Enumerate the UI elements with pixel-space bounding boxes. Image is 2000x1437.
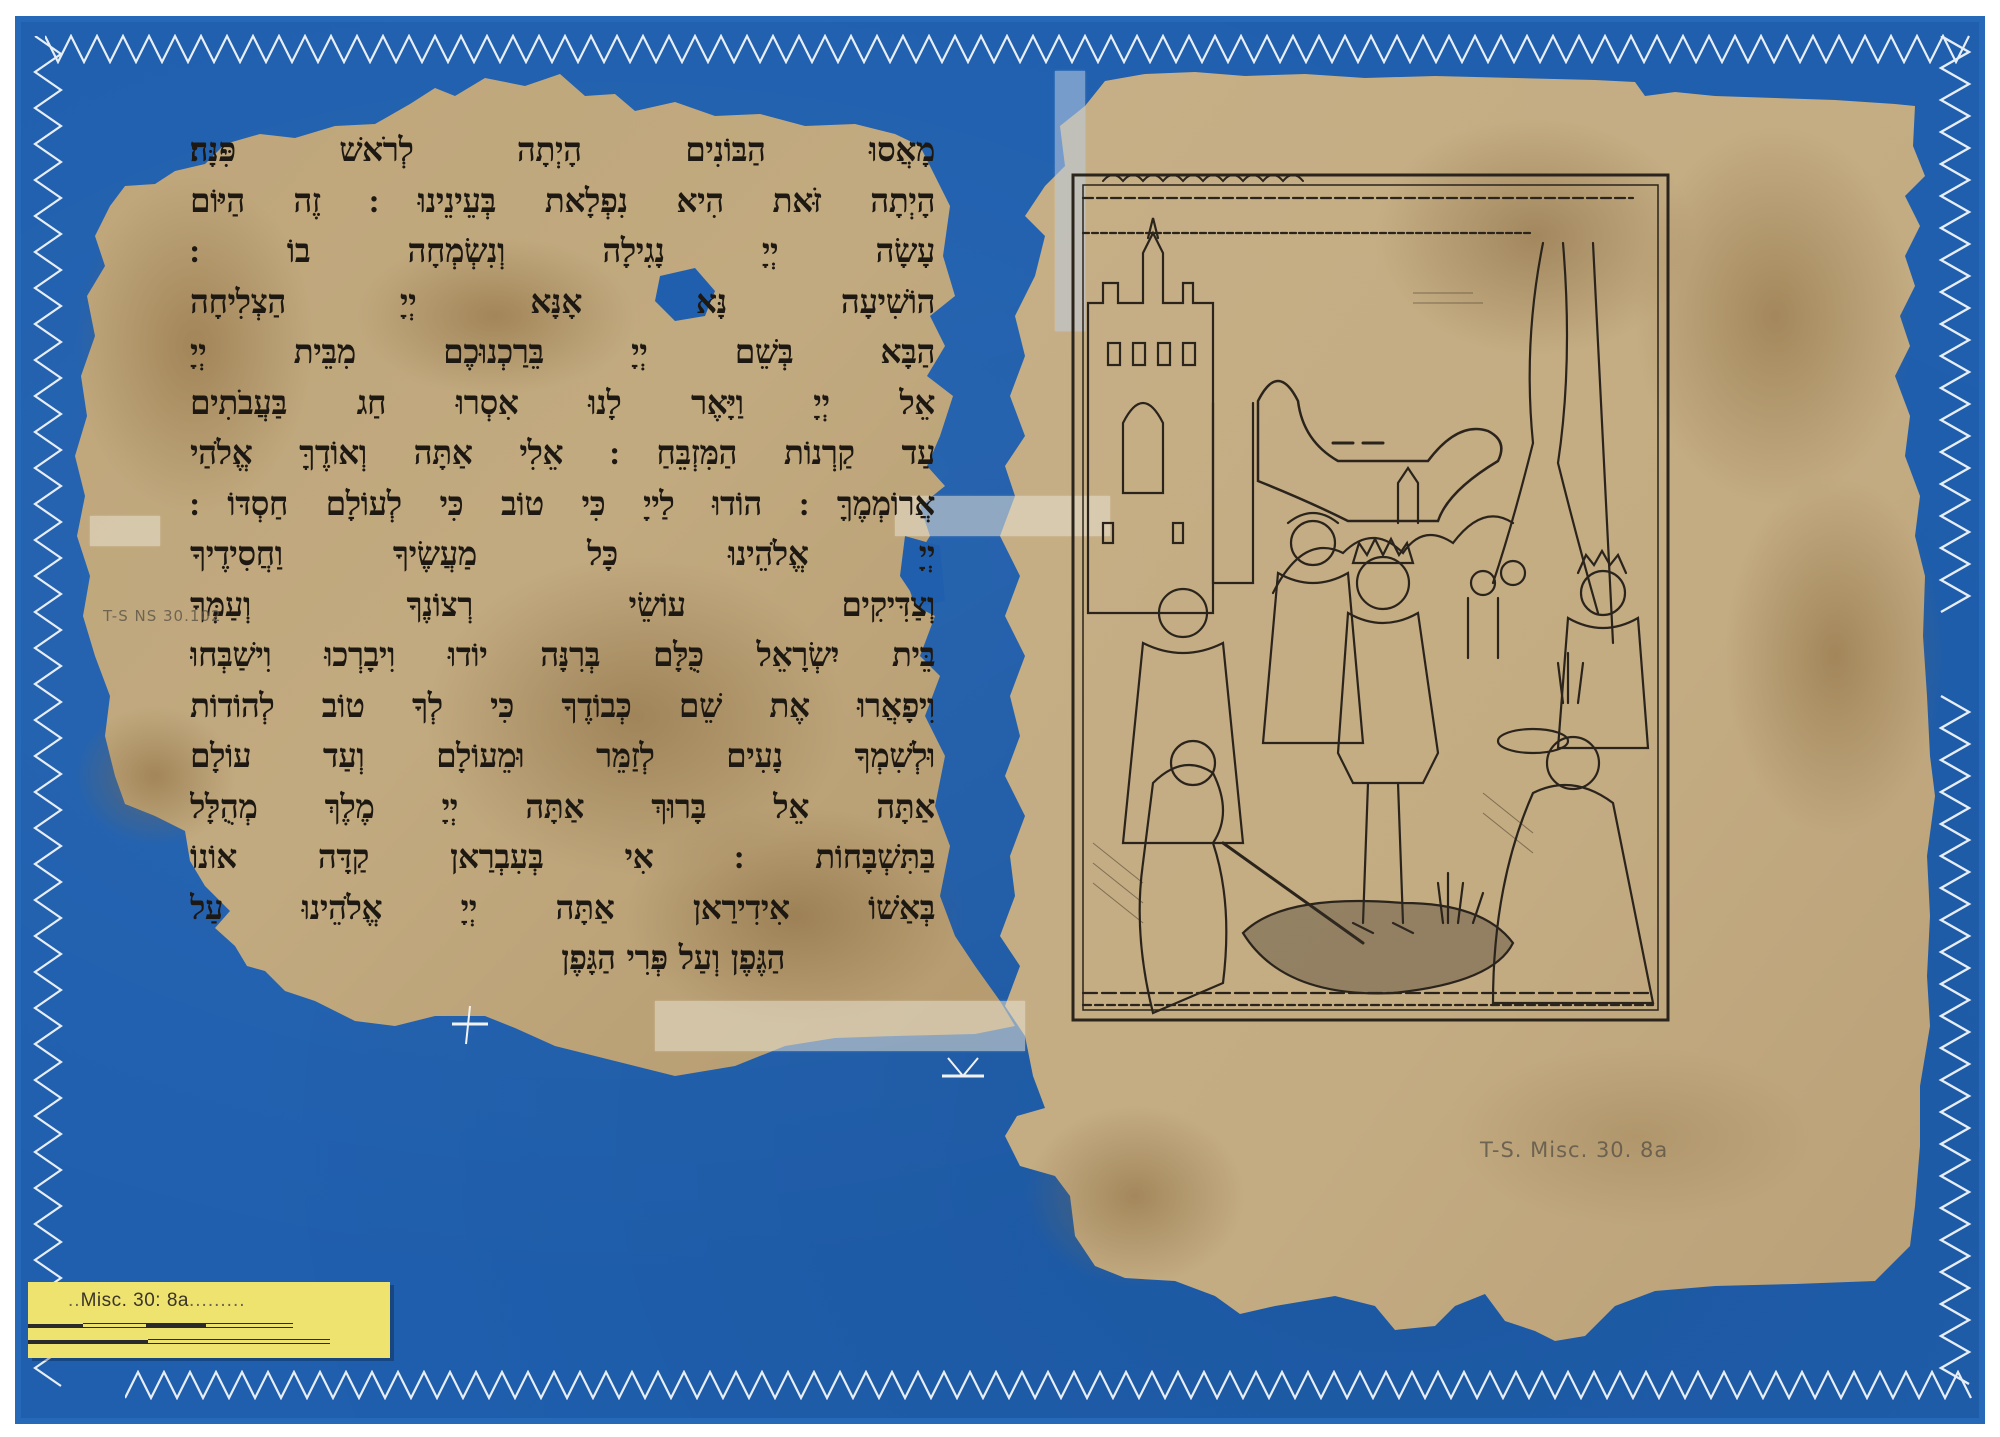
pencil-shelfmark-recto: T-S. Misc. 30. 8a bbox=[1480, 1138, 1668, 1162]
hebrew-printed-text: מָאֲסוּ הַבּוֹנִים הָיְתָה לְרֹאשׁ פִּנָ… bbox=[190, 125, 935, 984]
text-line-13: וּלְשִׁמְךָ נָעִים לְזַמֵּר וּמֵעוֹלָם ו… bbox=[190, 731, 935, 782]
thread-stitch-1 bbox=[450, 1006, 490, 1050]
shelfmark-label: ..Misc. 30: 8a......... bbox=[28, 1282, 390, 1358]
text-line-3: עָשָׂה יְיָ נָגִילָה וְנִשְׂמְחָה בוֹ ׃ bbox=[190, 226, 935, 277]
text-line-16: בְּאַשׁוֹ אִידִירַאן אַתָּה יְיָ אֱלֹהֵי… bbox=[190, 883, 935, 934]
text-line-5: הַבָּא בְּשֵׁם יְיָ בֵּרַכְנוּכֶם מִבֵּי… bbox=[190, 327, 935, 378]
label-rule-2a bbox=[148, 1339, 330, 1340]
text-line-17: הַגֶּפֶן וְעַל פְּרִי הַגָּפֶן bbox=[190, 933, 935, 984]
label-bar-3 bbox=[28, 1340, 148, 1344]
text-line-8: אֲרוֹמְמֶךָּ ׃ הוֹדוּ לַייָ כִּי טוֹב כִ… bbox=[190, 479, 935, 530]
tape-repair-bottom bbox=[655, 1001, 1025, 1051]
text-line-15: בַּתִּשְׁבָּחוֹת ׃ אִי בְּעִבְרַאן קַדָּ… bbox=[190, 832, 935, 883]
text-line-6: אֵל יְיָ וַיָּאֶר לָנוּ אִסְרוּ חַג בַּע… bbox=[190, 378, 935, 429]
text-line-14: אַתָּה אֵל בָּרוּךְ אַתָּה יְיָ מֶלֶךְ מ… bbox=[190, 782, 935, 833]
label-bar-1 bbox=[28, 1324, 83, 1328]
woodcut-illustration bbox=[1063, 143, 1678, 1031]
tape-repair-left bbox=[90, 516, 160, 546]
pencil-shelfmark-left: T-S NS 30.102 bbox=[103, 607, 221, 625]
text-line-4: הוֹשִׁיעָה נָּא אָנָּא יְיָ הַצְלִיחָה bbox=[190, 277, 935, 328]
text-line-12: וִיפָאֲרוּ אֶת שֵׁם כְּבוֹדֶךָ כִּי לְךָ… bbox=[190, 681, 935, 732]
thread-stitch-2 bbox=[940, 1056, 986, 1086]
text-line-2: הָיְתָה זֹּאת הִיא נִפְלָאת בְּעֵינֵינוּ… bbox=[190, 176, 935, 227]
shelfmark-label-text: ..Misc. 30: 8a......... bbox=[68, 1290, 246, 1312]
text-line-10: וְצַדִּיקִים עוֹשֵׂי רְצוֹנֶךָ וְעַמְּךָ bbox=[190, 580, 935, 631]
text-line-7: עַד קַרְנוֹת הַמִּזְבֵּחַ ׃ אֵלִי אַתָּה… bbox=[190, 428, 935, 479]
label-bar-2 bbox=[146, 1324, 206, 1328]
text-line-11: בֵּית יִשְׂרָאֵל כֻּלָּם בְּרִנָּה יוֹדו… bbox=[190, 630, 935, 681]
text-line-1: מָאֲסוּ הַבּוֹנִים הָיְתָה לְרֹאשׁ פִּנָ… bbox=[190, 125, 935, 176]
text-line-9: יְיָ אֱלֹהֵינוּ כָּל מַעֲשֶׂיךָ וַחֲסִיד… bbox=[190, 529, 935, 580]
label-rule-2b bbox=[148, 1343, 330, 1344]
